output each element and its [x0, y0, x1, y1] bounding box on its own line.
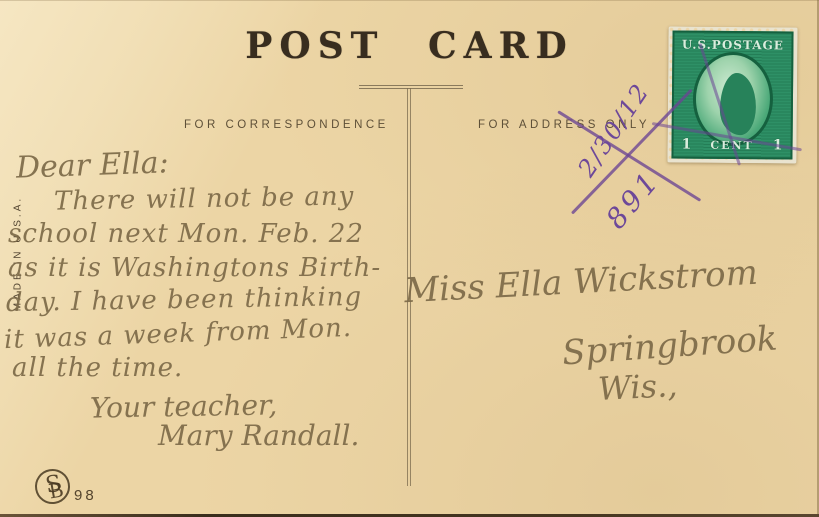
message-line: as it is Washingtons Birth-	[8, 253, 381, 283]
message-line: day. I have been thinking	[6, 282, 363, 318]
message-signature: Mary Randall.	[158, 419, 359, 452]
message-line: it was a week from Mon.	[4, 313, 353, 355]
monogram-letter-b: B	[47, 477, 66, 503]
address-recipient: Miss Ella Wickstrom	[403, 253, 759, 311]
stamp-denomination-left: 1	[681, 137, 691, 153]
postcard-scan: POST CARD FOR CORRESPONDENCE FOR ADDRESS…	[0, 0, 819, 517]
correspondence-label: FOR CORRESPONDENCE	[184, 119, 389, 131]
message-line: There will not be any	[54, 181, 355, 216]
address-state: Wis.,	[597, 366, 678, 408]
message-line: all the time.	[12, 353, 183, 383]
publisher-monogram-icon: S B	[32, 466, 73, 507]
title-rule	[359, 85, 463, 89]
stamp-country-text: U.S.POSTAGE	[674, 37, 791, 52]
card-top-edge	[0, 0, 819, 1]
message-line: school next Mon. Feb. 22	[8, 219, 364, 249]
message-salutation: Dear Ella:	[15, 145, 169, 185]
postcard-title: POST CARD	[245, 25, 573, 67]
address-city: Springbrook	[561, 319, 779, 374]
plate-number: 98	[74, 487, 97, 504]
